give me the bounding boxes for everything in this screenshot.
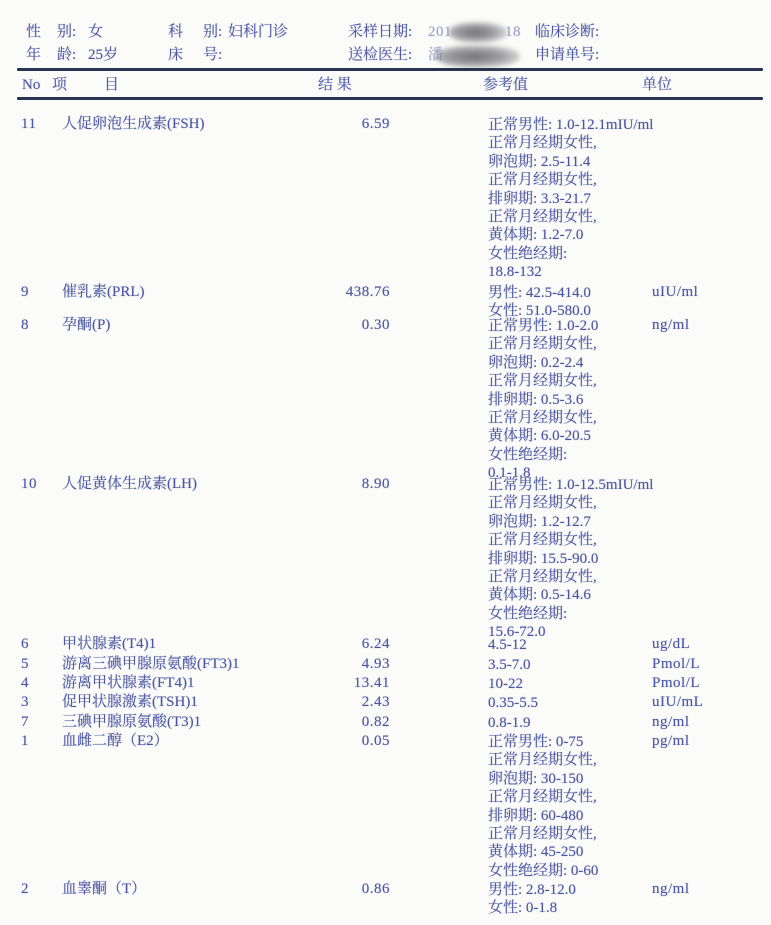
age-label-a: 年: [26, 47, 41, 64]
row-reference-ranges: 4.5-12: [488, 636, 527, 654]
bed-label-a: 床: [168, 47, 183, 64]
row-result: 4.93: [322, 656, 390, 673]
row-unit: ng/ml: [652, 317, 690, 334]
row-no: 4: [21, 675, 51, 692]
reference-range-line: 正常月经期女性,: [488, 788, 598, 806]
row-reference-ranges: 正常男性: 0-75正常月经期女性,卵泡期: 30-150正常月经期女性,排卵期…: [488, 733, 598, 880]
row-result: 438.76: [322, 284, 390, 301]
dept-label-a: 科: [168, 24, 183, 41]
bed-label-b: 号:: [203, 47, 222, 64]
row-unit: pg/ml: [652, 733, 690, 750]
reference-range-line: 正常月经期女性,: [488, 825, 598, 843]
reference-range-line: 10-22: [488, 675, 523, 693]
row-unit: Pmol/L: [652, 675, 700, 692]
reference-range-line: 正常男性: 1.0-12.1mIU/ml: [488, 116, 653, 134]
reference-range-line: 正常男性: 1.0-12.5mIU/ml: [488, 476, 653, 494]
row-item: 血雌二醇（E2）: [62, 733, 169, 750]
row-no: 5: [21, 656, 51, 673]
column-header-reference: 参考值: [483, 77, 528, 94]
row-unit: Pmol/L: [652, 656, 700, 673]
row-result: 13.41: [322, 675, 390, 692]
row-no: 11: [21, 116, 51, 133]
sample-date-value-end: 18: [505, 24, 521, 41]
reference-range-line: 正常月经期女性,: [488, 409, 598, 427]
row-reference-ranges: 0.35-5.5: [488, 694, 538, 712]
reference-range-line: 正常月经期女性,: [488, 372, 598, 390]
header-divider-line: [17, 68, 763, 71]
row-item: 促甲状腺激素(TSH)1: [62, 694, 198, 711]
column-header-item-a: 项: [52, 77, 67, 94]
reference-range-line: 黄体期: 1.2-7.0: [488, 226, 653, 244]
sample-date-redaction-smudge: [449, 22, 507, 43]
reference-range-line: 排卵期: 60-480: [488, 807, 598, 825]
column-header-no: No: [22, 77, 40, 94]
age-label-b: 龄:: [57, 47, 76, 64]
row-unit: uIU/mL: [652, 694, 703, 711]
reference-range-line: 正常月经期女性,: [488, 171, 653, 189]
row-reference-ranges: 正常男性: 1.0-12.1mIU/ml正常月经期女性,卵泡期: 2.5-11.…: [488, 116, 653, 282]
sample-date-label: 采样日期:: [348, 24, 412, 41]
row-result: 0.86: [322, 881, 390, 898]
row-item: 游离三碘甲腺原氨酸(FT3)1: [62, 656, 240, 673]
row-item: 三碘甲腺原氨酸(T3)1: [62, 714, 201, 731]
row-item: 孕酮(P): [62, 317, 110, 334]
row-no: 2: [21, 881, 51, 898]
reference-range-line: 正常男性: 0-75: [488, 733, 598, 751]
reference-range-line: 排卵期: 15.5-90.0: [488, 550, 653, 568]
dept-value: 妇科门诊: [228, 24, 288, 41]
reference-range-line: 正常月经期女性,: [488, 208, 653, 226]
diagnosis-label: 临床诊断:: [535, 24, 599, 41]
doctor-redaction-smudge: [436, 45, 520, 68]
row-unit: ng/ml: [652, 881, 690, 898]
reference-range-line: 正常男性: 1.0-2.0: [488, 317, 598, 335]
row-reference-ranges: 10-22: [488, 675, 523, 693]
row-item: 血睾酮（T）: [62, 881, 146, 898]
column-header-divider-line: [17, 97, 763, 100]
reference-range-line: 黄体期: 0.5-14.6: [488, 586, 653, 604]
row-no: 10: [21, 476, 51, 493]
row-item: 催乳素(PRL): [62, 284, 145, 301]
row-reference-ranges: 0.8-1.9: [488, 714, 531, 732]
reference-range-line: 卵泡期: 30-150: [488, 770, 598, 788]
row-result: 0.30: [322, 317, 390, 334]
reference-range-line: 正常月经期女性,: [488, 335, 598, 353]
sex-label-b: 别:: [57, 24, 76, 41]
row-unit: ng/ml: [652, 714, 690, 731]
column-header-unit: 单位: [642, 77, 672, 94]
reference-range-line: 正常月经期女性,: [488, 134, 653, 152]
row-result: 6.24: [322, 636, 390, 653]
reference-range-line: 正常月经期女性,: [488, 531, 653, 549]
row-result: 2.43: [322, 694, 390, 711]
reference-range-line: 女性绝经期:: [488, 446, 598, 464]
row-unit: uIU/ml: [652, 284, 698, 301]
reference-range-line: 18.8-132: [488, 263, 653, 281]
age-value: 25岁: [88, 47, 118, 64]
row-result: 0.05: [322, 733, 390, 750]
reference-range-line: 3.5-7.0: [488, 656, 531, 674]
reference-range-line: 正常月经期女性,: [488, 494, 653, 512]
row-reference-ranges: 男性: 42.5-414.0女性: 51.0-580.0: [488, 284, 591, 321]
row-reference-ranges: 男性: 2.8-12.0女性: 0-1.8: [488, 881, 576, 918]
request-no-label: 申请单号:: [535, 47, 599, 64]
reference-range-line: 卵泡期: 0.2-2.4: [488, 354, 598, 372]
doctor-label: 送检医生:: [348, 47, 412, 64]
reference-range-line: 4.5-12: [488, 636, 527, 654]
row-result: 0.82: [322, 714, 390, 731]
row-no: 3: [21, 694, 51, 711]
reference-range-line: 女性绝经期:: [488, 605, 653, 623]
lab-report-page: 性 别: 女 科 别: 妇科门诊 采样日期: 201 18 临床诊断: 年 龄:…: [0, 0, 771, 925]
reference-range-line: 卵泡期: 2.5-11.4: [488, 153, 653, 171]
reference-range-line: 男性: 42.5-414.0: [488, 284, 591, 302]
reference-range-line: 男性: 2.8-12.0: [488, 881, 576, 899]
row-no: 6: [21, 636, 51, 653]
row-result: 8.90: [322, 476, 390, 493]
row-unit: ug/dL: [652, 636, 690, 653]
reference-range-line: 0.8-1.9: [488, 714, 531, 732]
reference-range-line: 排卵期: 0.5-3.6: [488, 391, 598, 409]
row-no: 9: [21, 284, 51, 301]
row-no: 7: [21, 714, 51, 731]
reference-range-line: 0.35-5.5: [488, 694, 538, 712]
column-header-result: 结 果: [318, 77, 352, 94]
sex-value: 女: [88, 24, 103, 41]
reference-range-line: 正常月经期女性,: [488, 751, 598, 769]
reference-range-line: 正常月经期女性,: [488, 568, 653, 586]
row-item: 游离甲状腺素(FT4)1: [62, 675, 195, 692]
row-no: 1: [21, 733, 51, 750]
row-result: 6.59: [322, 116, 390, 133]
row-no: 8: [21, 317, 51, 334]
row-reference-ranges: 正常男性: 1.0-2.0正常月经期女性,卵泡期: 0.2-2.4正常月经期女性…: [488, 317, 598, 483]
row-item: 人促黄体生成素(LH): [62, 476, 197, 493]
row-reference-ranges: 正常男性: 1.0-12.5mIU/ml正常月经期女性,卵泡期: 1.2-12.…: [488, 476, 653, 642]
row-item: 甲状腺素(T4)1: [62, 636, 156, 653]
column-header-item-b: 目: [104, 77, 119, 94]
reference-range-line: 女性绝经期: 0-60: [488, 862, 598, 880]
dept-label-b: 别:: [203, 24, 222, 41]
reference-range-line: 女性绝经期:: [488, 245, 653, 263]
sex-label-a: 性: [26, 24, 41, 41]
reference-range-line: 卵泡期: 1.2-12.7: [488, 513, 653, 531]
reference-range-line: 黄体期: 6.0-20.5: [488, 427, 598, 445]
row-item: 人促卵泡生成素(FSH): [62, 116, 205, 133]
reference-range-line: 黄体期: 45-250: [488, 843, 598, 861]
row-reference-ranges: 3.5-7.0: [488, 656, 531, 674]
reference-range-line: 女性: 0-1.8: [488, 899, 576, 917]
reference-range-line: 排卵期: 3.3-21.7: [488, 190, 653, 208]
